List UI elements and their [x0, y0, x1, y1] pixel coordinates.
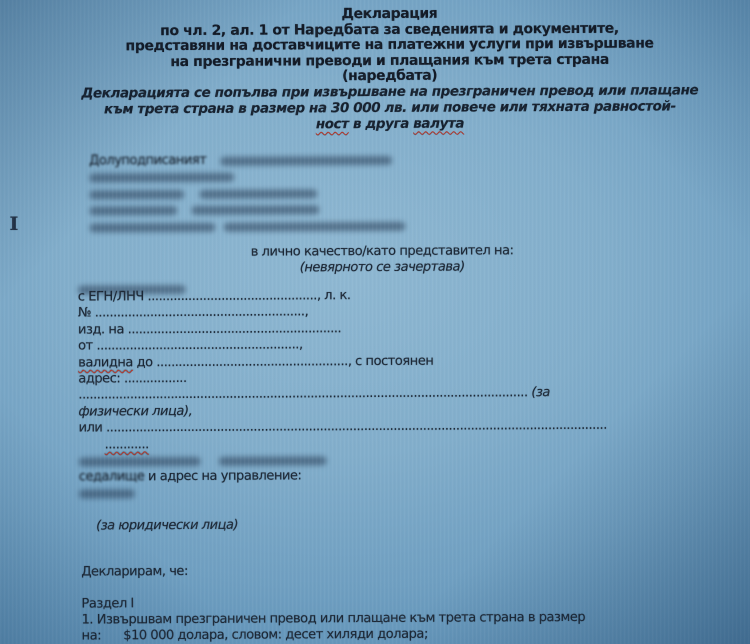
redacted-text — [79, 490, 135, 499]
signer-name-row: Долуподписаният — [89, 152, 405, 170]
field-valid-until-rest: до .....................................… — [133, 353, 434, 370]
declare-statement: Декларирам, че: — [81, 564, 188, 580]
capacity-note: (невярното се зачертава) — [70, 259, 695, 278]
for-legal-entities-note: (за юридически лица) — [96, 518, 238, 534]
form-fields: с ЕГН/ЛНЧ ..............................… — [78, 286, 737, 503]
for-individuals-prefix: (за — [528, 385, 550, 400]
dotted-line: ........................................… — [78, 386, 527, 403]
document-photo: Декларация по чл. 2, ал. 1 от Наредбата … — [0, 0, 750, 644]
dotted-line: ............ — [105, 437, 149, 452]
redacted-text — [89, 190, 184, 199]
item1-line1: 1. Извършвам презграничен превод или пла… — [82, 610, 586, 629]
capacity-statement: в лично качество/като представител на: (… — [70, 242, 695, 278]
signer-idcard-row — [89, 185, 405, 203]
redacted-text — [223, 222, 405, 232]
item1-line2: на: $10 000 долара, словом: десет хиляди… — [82, 626, 586, 644]
signer-label: Долуподписаният — [89, 153, 206, 170]
signer-egn-row — [89, 168, 405, 186]
redacted-text — [89, 223, 215, 233]
misspelled-word: ност — [316, 116, 349, 132]
document-title: Декларация по чл. 2, ал. 1 от Наредбата … — [68, 5, 710, 86]
redacted-text — [199, 189, 317, 199]
subtitle-line-3: ност в друга валута — [69, 115, 711, 134]
section-one: Раздел I 1. Извършвам презграничен прево… — [81, 594, 585, 644]
subtitle-line-3-mid: в друга — [349, 116, 414, 132]
redacted-text — [220, 156, 392, 166]
signer-redacted-block: Долуподписаният — [89, 152, 405, 236]
redacted-text — [79, 457, 201, 467]
redacted-text — [219, 456, 327, 466]
signer-issuer-row — [89, 201, 405, 219]
redacted-text — [89, 173, 234, 183]
redacted-text — [191, 206, 319, 216]
document-subtitle: Декларацията се попълва при извършване н… — [69, 83, 711, 134]
misspelled-word: валута — [413, 115, 464, 131]
seat-rest: и адрес на управление: — [144, 469, 301, 485]
seat-word: седалище — [79, 470, 145, 485]
signer-address-row — [89, 218, 405, 236]
document-page: Декларация по чл. 2, ал. 1 от Наредбата … — [0, 0, 750, 644]
text-cursor-ibeam-icon: I — [7, 213, 21, 235]
company-city-row — [79, 483, 737, 503]
misspelled-word: валидна — [78, 355, 133, 370]
redacted-text — [89, 206, 177, 215]
